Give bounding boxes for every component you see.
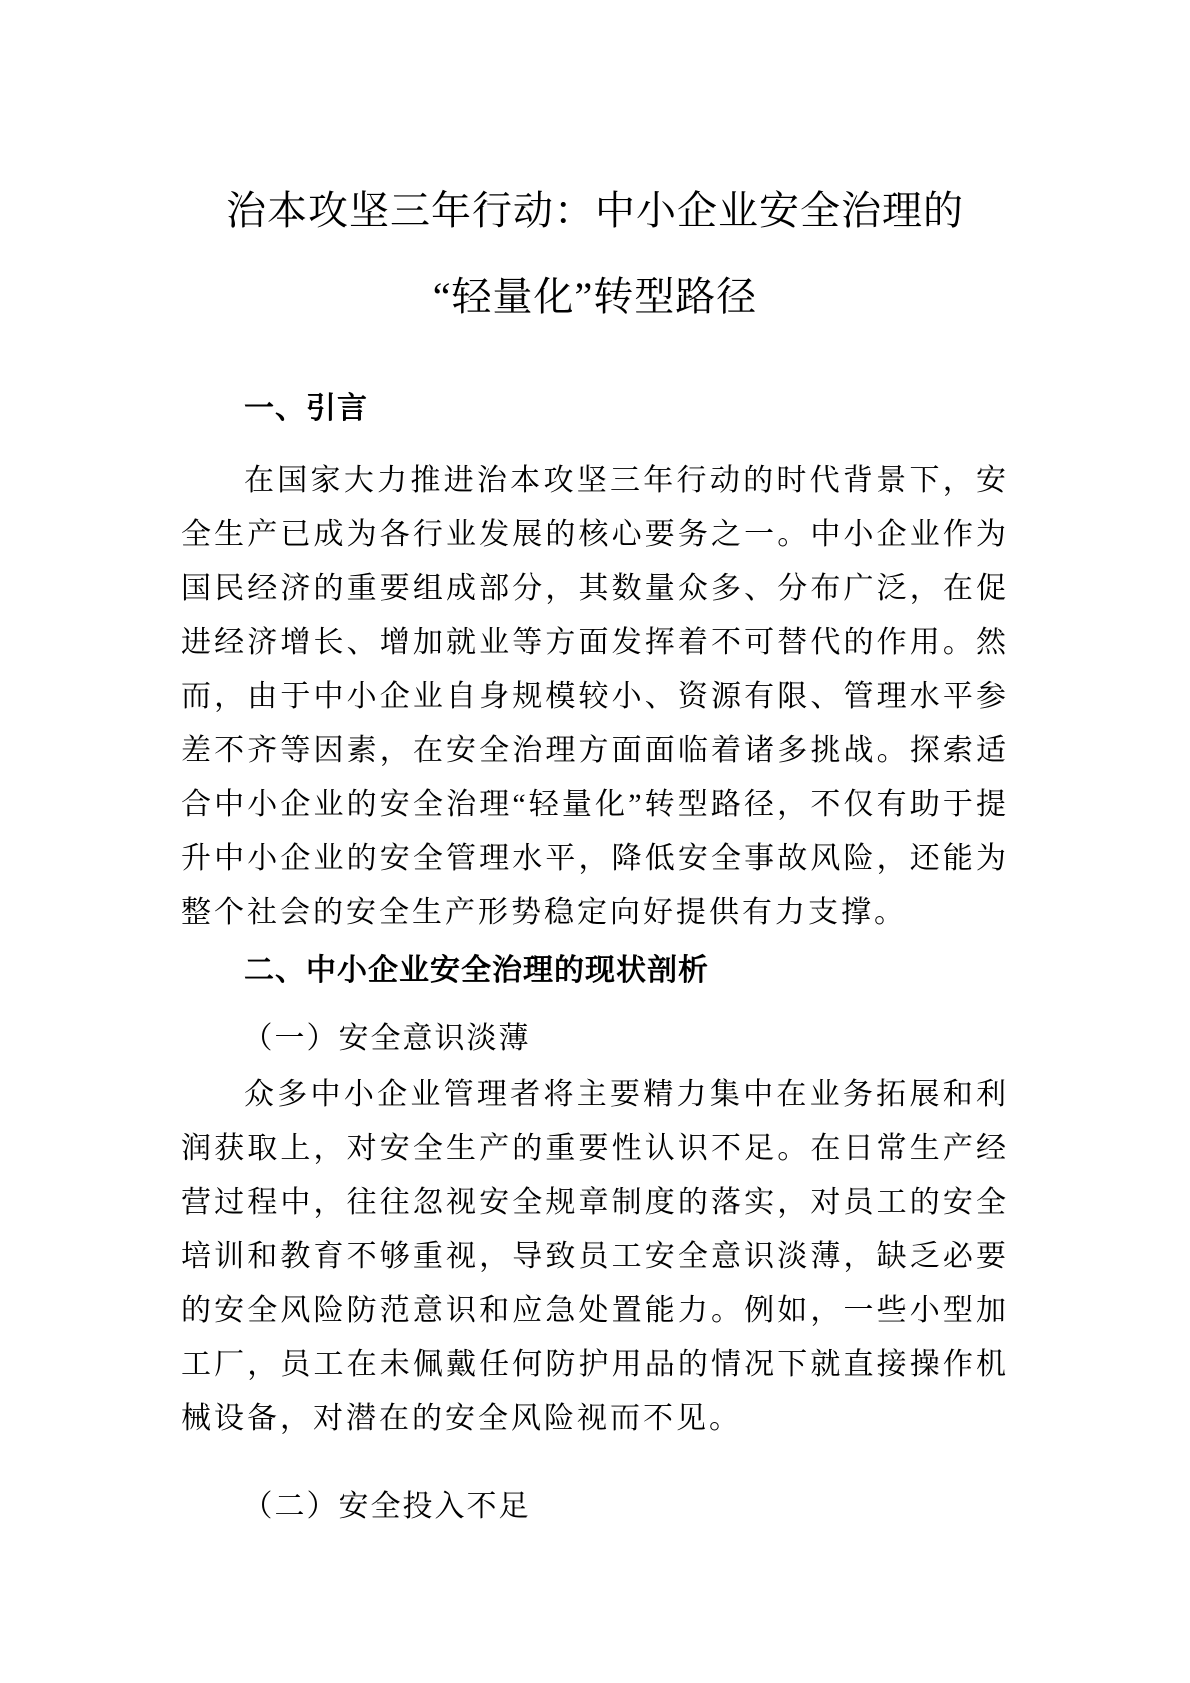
section-heading-status-analysis: 二、中小企业安全治理的现状剖析 [181, 944, 1009, 998]
document-title: 治本攻坚三年行动：中小企业安全治理的 “轻量化”转型路径 [181, 168, 1009, 340]
section-heading-introduction: 一、引言 [181, 382, 1009, 436]
paragraph-introduction: 在国家大力推进治本攻坚三年行动的时代背景下，安全生产已成为各行业发展的核心要务之… [181, 454, 1009, 940]
subsection-heading-insufficient-safety-investment: （二）安全投入不足 [181, 1480, 1009, 1534]
paragraph-weak-safety-awareness: 众多中小企业管理者将主要精力集中在业务拓展和利润获取上，对安全生产的重要性认识不… [181, 1068, 1009, 1446]
document-title-line-2: “轻量化”转型路径 [181, 254, 1009, 340]
document-page: 治本攻坚三年行动：中小企业安全治理的 “轻量化”转型路径 一、引言 在国家大力推… [0, 0, 1190, 1683]
subsection-heading-weak-safety-awareness: （一）安全意识淡薄 [181, 1012, 1009, 1066]
document-title-line-1: 治本攻坚三年行动：中小企业安全治理的 [181, 168, 1009, 254]
